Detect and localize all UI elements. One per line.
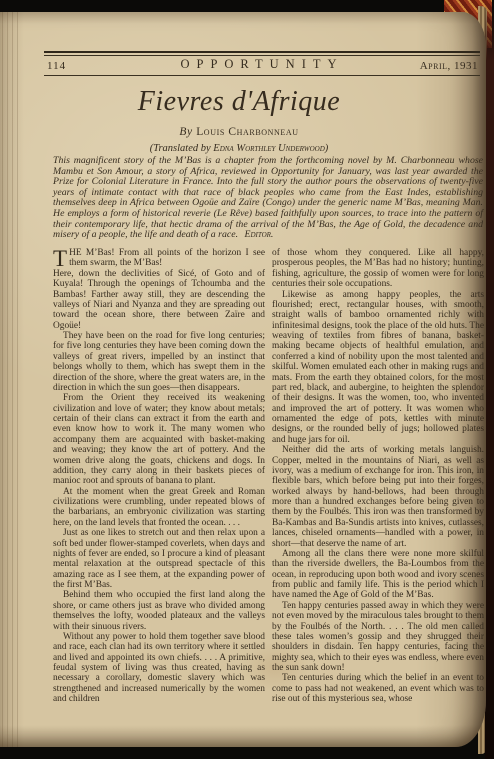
editor-note-text: This magnificent story of the M’Bas is a… bbox=[53, 155, 483, 240]
paragraph: Among all the clans there were none more… bbox=[272, 549, 484, 601]
paragraph: From the Orient they received its weaken… bbox=[53, 393, 265, 486]
column-left: THE M’Bas! From all points of the horizo… bbox=[53, 248, 265, 705]
paragraph: Here, down the declivities of Sicé, of G… bbox=[53, 269, 265, 331]
translator-credit: (Translated by Edna Worthley Underwood) bbox=[0, 143, 478, 154]
dropcap-letter: T bbox=[53, 248, 69, 268]
paragraph: Just as one likes to stretch out and the… bbox=[53, 528, 265, 590]
author-name: Louis Charbonneau bbox=[196, 126, 298, 138]
paragraph: Ten happy centuries passed away in which… bbox=[272, 601, 484, 674]
paragraph: of those whom they conquered. Like all h… bbox=[272, 248, 484, 290]
header-rule-thin-top bbox=[44, 55, 480, 56]
header-row: 114 OPPORTUNITY April, 1931 bbox=[44, 57, 480, 73]
paragraph-text: HE M’Bas! From all points of the horizon… bbox=[69, 248, 265, 268]
book-spine-edge bbox=[485, 0, 494, 759]
article-body: THE M’Bas! From all points of the horizo… bbox=[53, 248, 484, 705]
header-rule-thick bbox=[44, 51, 480, 53]
editor-note: This magnificent story of the M’Bas is a… bbox=[53, 156, 483, 241]
paragraph: Without any power to hold them together … bbox=[53, 632, 265, 705]
paragraph: Likewise as among happy peoples, the art… bbox=[272, 290, 484, 446]
header-rule-thin-bottom bbox=[44, 75, 480, 76]
journal-title: OPPORTUNITY bbox=[44, 57, 480, 72]
byline: By Louis Charbonneau bbox=[0, 126, 478, 138]
magazine-page: 114 OPPORTUNITY April, 1931 Fievres d'Af… bbox=[0, 12, 486, 747]
paragraph: Neither did the arts of working metals l… bbox=[272, 445, 484, 549]
paragraph: At the moment when the great Greek and R… bbox=[53, 487, 265, 529]
byline-prefix: By bbox=[179, 126, 192, 138]
page-crease-lines bbox=[2, 12, 19, 747]
translator-open: (Translated by bbox=[150, 143, 211, 154]
article-title: Fievres d'Afrique bbox=[0, 86, 478, 118]
running-header: 114 OPPORTUNITY April, 1931 bbox=[44, 51, 480, 76]
paragraph: Ten centuries during which the belief in… bbox=[272, 673, 484, 704]
editor-signature: Editor. bbox=[244, 229, 273, 240]
paragraph: They have been on the road for five long… bbox=[53, 331, 265, 393]
column-right: of those whom they conquered. Like all h… bbox=[272, 248, 484, 705]
book-photo: 114 OPPORTUNITY April, 1931 Fievres d'Af… bbox=[0, 0, 494, 759]
paragraph: Behind them who occupied the first land … bbox=[53, 590, 265, 632]
translator-name: Edna Worthley Underwood bbox=[213, 143, 324, 154]
translator-close: ) bbox=[325, 143, 329, 154]
issue-date: April, 1931 bbox=[420, 60, 478, 72]
paragraph-dropcap: THE M’Bas! From all points of the horizo… bbox=[53, 248, 265, 269]
